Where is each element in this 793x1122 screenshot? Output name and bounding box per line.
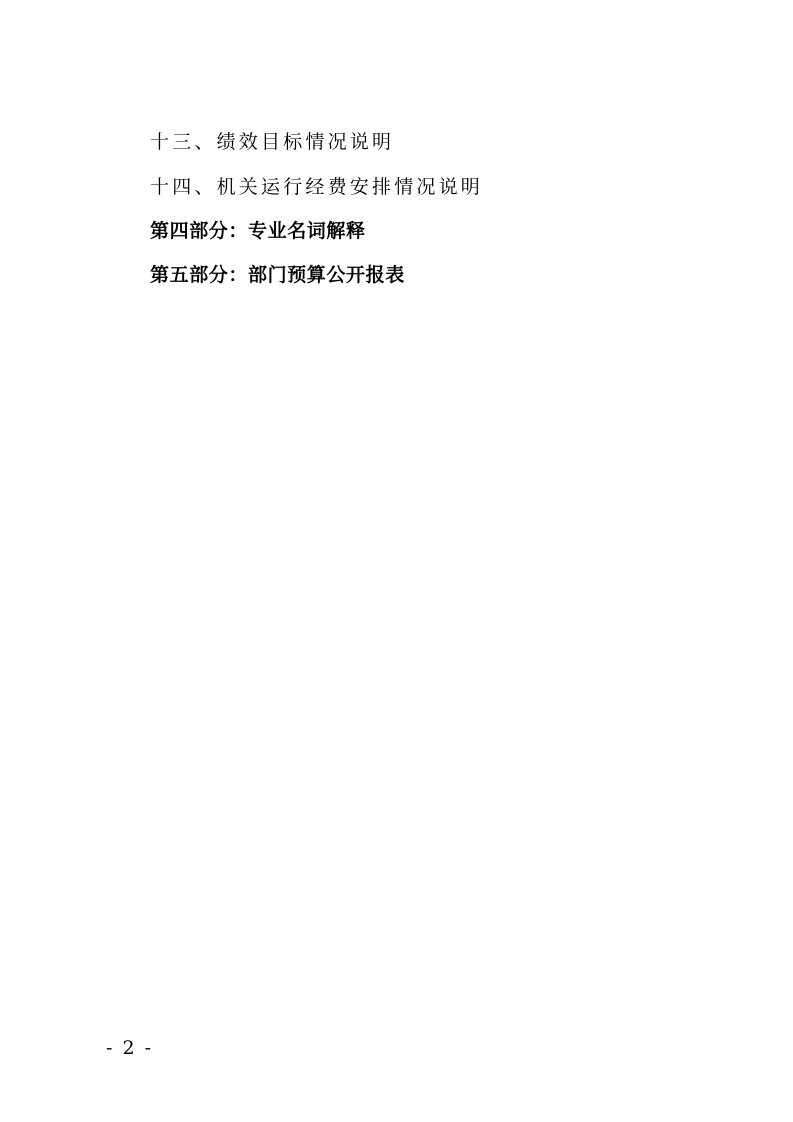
toc-item-performance-goals: 十三、绩效目标情况说明 — [150, 130, 394, 154]
toc-section-part-four: 第四部分：专业名词解释 — [150, 219, 366, 243]
toc-section-part-five: 第五部分：部门预算公开报表 — [150, 263, 405, 287]
toc-item-operating-expenses: 十四、机关运行经费安排情况说明 — [150, 175, 483, 199]
page-number: - 2 - — [106, 1036, 153, 1060]
